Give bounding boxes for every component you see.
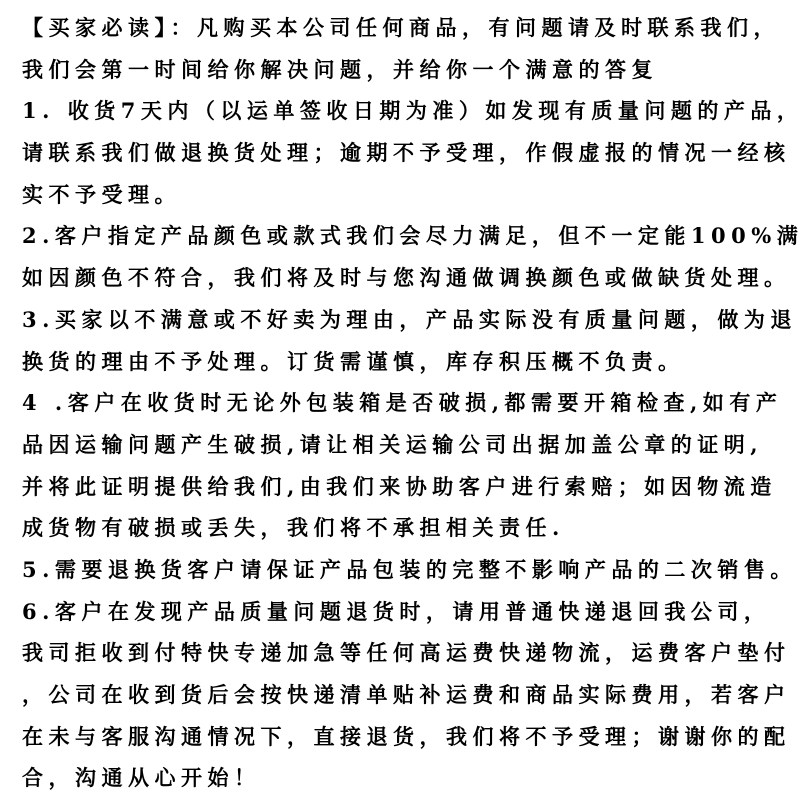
rule-5-line-1: 5.需要退换货客户请保证产品包装的完整不影响产品的二次销售。	[22, 549, 797, 591]
rule-4-line-3: 并将此证明提供给我们,由我们来协助客户进行索赔；如因物流造	[22, 466, 797, 508]
rule-4-line-1: 4 .客户在收货时无论外包装箱是否破损,都需要开箱检查,如有产	[22, 382, 797, 424]
closing-line: 合，沟通从心开始！	[22, 757, 797, 799]
rule-1-line-2: 请联系我们做退换货处理；逾期不予受理，作假虚报的情况一经核	[22, 132, 797, 174]
rule-6-line-2: 我司拒收到付特快专递加急等任何高运费快递物流，运费客户垫付	[22, 632, 797, 674]
rule-2-line-2: 如因颜色不符合，我们将及时与您沟通做调换颜色或做缺货处理。	[22, 257, 797, 299]
rule-1-line-3: 实不予受理。	[22, 174, 797, 216]
notice-header-line: 【买家必读】：凡购买本公司任何商品，有问题请及时联系我们，	[22, 7, 797, 49]
rule-4-line-2: 品因运输问题产生破损,请让相关运输公司出据加盖公章的证明,	[22, 424, 797, 466]
rule-6-line-3: ，公司在收到货后会按快递清单贴补运费和商品实际费用，若客户	[22, 674, 797, 716]
rule-3-line-1: 3.买家以不满意或不好卖为理由，产品实际没有质量问题，做为退	[22, 299, 797, 341]
rule-3-line-2: 换货的理由不予处理。订货需谨慎，库存积压概不负责。	[22, 341, 797, 383]
notice-intro-line: 我们会第一时间给你解决问题，并给你一个满意的答复	[22, 49, 797, 91]
rule-6-line-4: 在未与客服沟通情况下，直接退货，我们将不予受理；谢谢你的配	[22, 716, 797, 758]
rule-2-line-1: 2.客户指定产品颜色或款式我们会尽力满足，但不一定能100%满足	[22, 215, 797, 257]
rule-1-line-1: 1. 收货7天内（以运单签收日期为准）如发现有质量问题的产品，	[22, 90, 797, 132]
buyer-notice-document: 【买家必读】：凡购买本公司任何商品，有问题请及时联系我们， 我们会第一时间给你解…	[22, 7, 797, 799]
rule-6-line-1: 6.客户在发现产品质量问题退货时，请用普通快递退回我公司，	[22, 591, 797, 633]
rule-4-line-4: 成货物有破损或丢失，我们将不承担相关责任.	[22, 507, 797, 549]
